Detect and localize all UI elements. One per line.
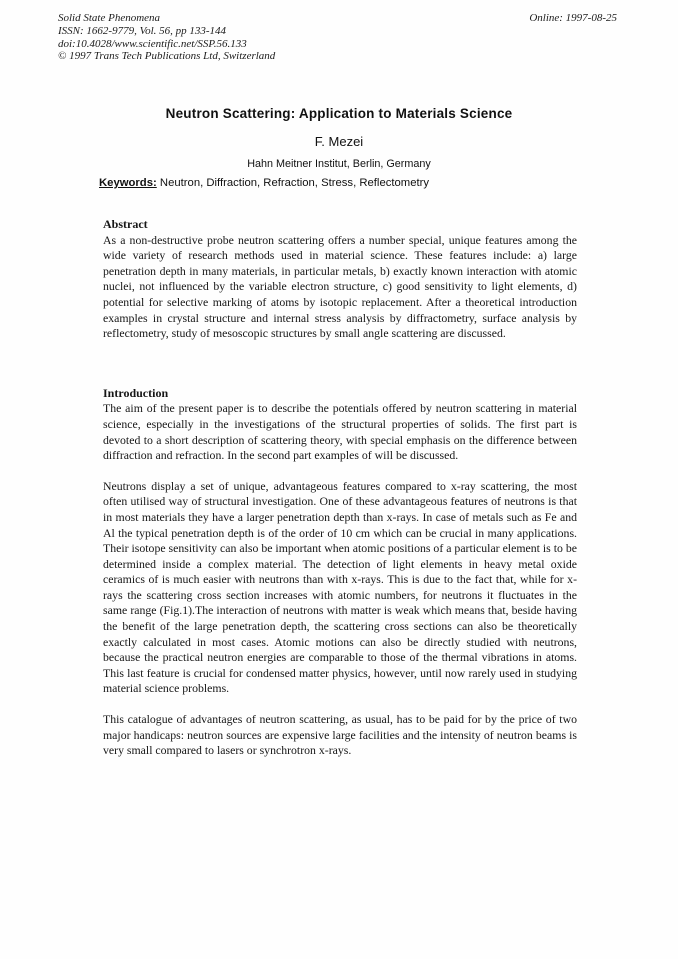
online-date: Online: 1997-08-25	[529, 12, 617, 25]
document-page: Solid State Phenomena ISSN: 1662-9779, V…	[0, 0, 678, 959]
keywords-label: Keywords:	[99, 177, 157, 189]
intro-paragraph-3: This catalogue of advantages of neutron …	[103, 712, 577, 759]
paper-body: Abstract As a non-destructive probe neut…	[103, 217, 577, 759]
journal-name: Solid State Phenomena	[58, 12, 275, 25]
introduction-heading: Introduction	[103, 386, 577, 402]
issn-line: ISSN: 1662-9779, Vol. 56, pp 133-144	[58, 25, 275, 38]
affiliation: Hahn Meitner Institut, Berlin, Germany	[0, 158, 678, 170]
intro-paragraph-2: Neutrons display a set of unique, advant…	[103, 479, 577, 697]
author-name: F. Mezei	[0, 134, 678, 149]
journal-header: Solid State Phenomena ISSN: 1662-9779, V…	[58, 12, 275, 63]
keywords-list: Neutron, Diffraction, Refraction, Stress…	[160, 177, 429, 189]
doi-line: doi:10.4028/www.scientific.net/SSP.56.13…	[58, 38, 275, 51]
abstract-text: As a non-destructive probe neutron scatt…	[103, 233, 577, 342]
title-block: Neutron Scattering: Application to Mater…	[0, 106, 678, 170]
copyright-line: © 1997 Trans Tech Publications Ltd, Swit…	[58, 50, 275, 63]
abstract-heading: Abstract	[103, 217, 577, 233]
paper-title: Neutron Scattering: Application to Mater…	[0, 106, 678, 121]
intro-paragraph-1: The aim of the present paper is to descr…	[103, 401, 577, 463]
keywords-row: Keywords: Neutron, Diffraction, Refracti…	[99, 177, 429, 189]
